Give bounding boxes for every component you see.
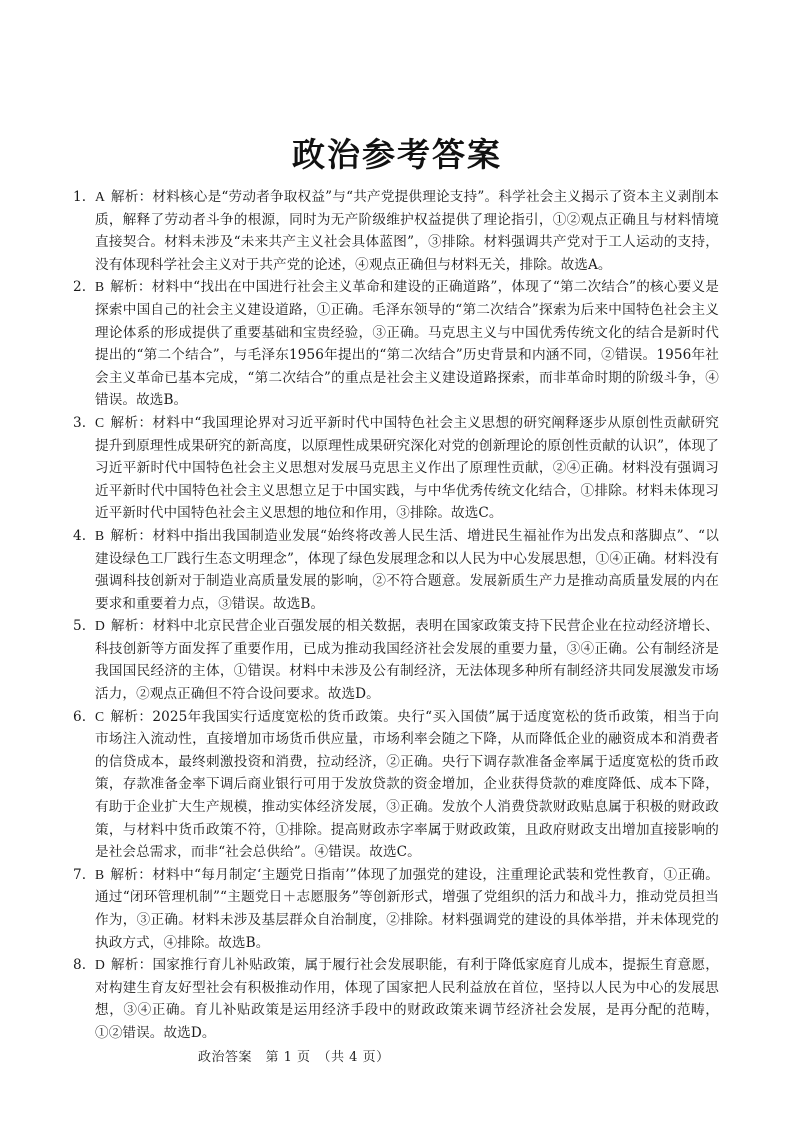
page-footer: 政治答案 第 1 页 （共 4 页）: [198, 1046, 390, 1065]
item-number: 3.: [73, 412, 86, 435]
answer-item-2: 2. B解析：材料中“找出在中国进行社会主义革命和建设的正确道路”，体现了“第二…: [73, 276, 719, 412]
item-answer: B: [95, 867, 104, 882]
item-number: 7.: [73, 864, 86, 887]
item-explanation: 解析：材料中“每月制定‘主题党日指南’”体现了加强党的建设，注重理论武装和党性教…: [95, 867, 719, 951]
item-answer: A: [95, 189, 105, 204]
item-explanation: 解析：材料中“找出在中国进行社会主义革命和建设的正确道路”，体现了“第二次结合”…: [95, 279, 719, 408]
item-answer: B: [95, 528, 104, 543]
item-explanation: 解析：2025年我国实行适度宽松的货币政策。央行“买入国债”属于适度宽松的货币政…: [95, 709, 719, 861]
item-number: 2.: [73, 276, 86, 299]
item-answer: D: [95, 618, 105, 633]
answer-item-6: 6. C解析：2025年我国实行适度宽松的货币政策。央行“买入国债”属于适度宽松…: [73, 706, 719, 864]
item-number: 1.: [73, 186, 86, 209]
item-number: 6.: [73, 706, 86, 729]
answer-item-4: 4. B解析：材料中指出我国制造业发展“始终将改善人民生活、增进民生福祉作为出发…: [73, 525, 719, 615]
answer-item-8: 8. D解析：国家推行育儿补贴政策，属于履行社会发展职能，有利于降低家庭育儿成本…: [73, 954, 719, 1044]
answer-item-1: 1. A解析：材料核心是“劳动者争取权益”与“共产党提供理论支持”。科学社会主义…: [73, 186, 719, 276]
answer-item-3: 3. C解析：材料中“我国理论界对习近平新时代中国特色社会主义思想的研究阐释逐步…: [73, 412, 719, 525]
item-answer: C: [95, 709, 104, 724]
answer-item-5: 5. D解析：材料中北京民营企业百强发展的相关数据，表明在国家政策支持下民营企业…: [73, 615, 719, 705]
answer-page: 政治参考答案 1. A解析：材料核心是“劳动者争取权益”与“共产党提供理论支持”…: [0, 0, 794, 1123]
item-number: 5.: [73, 615, 86, 638]
page-title: 政治参考答案: [0, 130, 794, 180]
item-explanation: 解析：材料中“我国理论界对习近平新时代中国特色社会主义思想的研究阐释逐步从原创性…: [95, 415, 719, 521]
item-number: 4.: [73, 525, 86, 548]
item-answer: C: [95, 415, 104, 430]
answer-list: 1. A解析：材料核心是“劳动者争取权益”与“共产党提供理论支持”。科学社会主义…: [73, 186, 719, 1045]
item-explanation: 解析：国家推行育儿补贴政策，属于履行社会发展职能，有利于降低家庭育儿成本，提振生…: [95, 957, 719, 1041]
item-explanation: 解析：材料核心是“劳动者争取权益”与“共产党提供理论支持”。科学社会主义揭示了资…: [95, 189, 719, 273]
item-explanation: 解析：材料中北京民营企业百强发展的相关数据，表明在国家政策支持下民营企业在拉动经…: [95, 618, 719, 702]
item-number: 8.: [73, 954, 86, 977]
item-answer: D: [95, 957, 105, 972]
item-answer: B: [95, 279, 104, 294]
answer-item-7: 7. B解析：材料中“每月制定‘主题党日指南’”体现了加强党的建设，注重理论武装…: [73, 864, 719, 954]
item-explanation: 解析：材料中指出我国制造业发展“始终将改善人民生活、增进民生福祉作为出发点和落脚…: [95, 528, 719, 612]
